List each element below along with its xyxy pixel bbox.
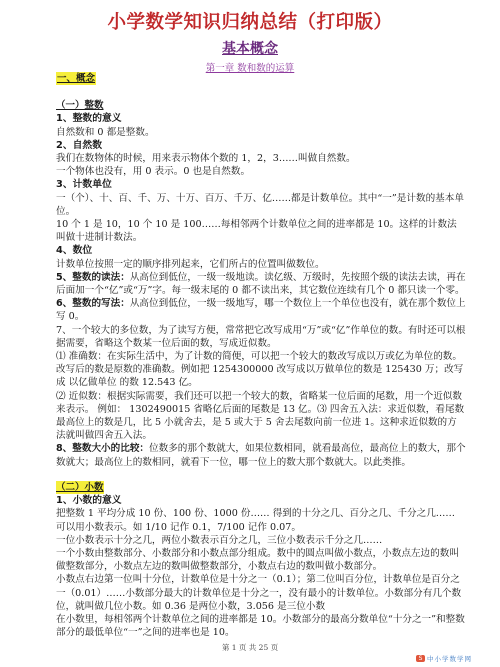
paragraph-rewrite: 7、一个较大的多位数，为了读写方便，常常把它改写成用“万”或“亿”作单位的数。有… <box>56 324 466 350</box>
item-title: 4、数位 <box>56 244 466 257</box>
document-title: 小学数学知识归纳总结（打印版） <box>0 8 500 34</box>
item-title: 1、整数的意义 <box>56 112 466 125</box>
lead-text: 8、整数大小的比较： <box>56 443 149 454</box>
watermark-text: 中小学数学网 <box>427 654 472 663</box>
paragraph: 10 个 1 是 10，10 个 10 是 100……每相邻两个计数单位之间的进… <box>56 218 466 244</box>
watermark: S 中小学数学网 <box>416 654 472 663</box>
item-title: 1、小数的意义 <box>56 494 466 507</box>
page-number: 第 1 页 共 25 页 <box>0 642 500 653</box>
part-heading-integers: （一）整数 <box>56 99 466 112</box>
paragraph: 在小数里，每相邻两个计数单位之间的进率都是 10。小数部分的最高分数单位“十分之… <box>56 613 466 639</box>
paragraph-reading-rule: 5、整数的读法：从高位到低位，一级一级地读。读亿级、万级时，先按照个级的读法去读… <box>56 271 466 297</box>
item-title: 3、计数单位 <box>56 178 466 191</box>
paragraph-exact-number: ⑴ 准确数：在实际生活中，为了计数的简便，可以把一个较大的数改写成以万或亿为单位… <box>56 350 466 390</box>
paragraph-approximate-number: ⑵ 近似数：根据实际需要，我们还可以把一个较大的数，省略某一位后面的尾数，用一个… <box>56 390 466 443</box>
watermark-logo-icon: S <box>416 655 425 662</box>
paragraph: 计数单位按照一定的顺序排列起来，它们所占的位置叫做数位。 <box>56 258 466 271</box>
lead-text: 5、整数的读法： <box>56 272 130 283</box>
paragraph: 一位小数表示十分之几，两位小数表示百分之几，三位小数表示千分之几…… <box>56 534 466 547</box>
paragraph: 一个物体也没有，用 0 表示。0 也是自然数。 <box>56 165 466 178</box>
document-page: 小学数学知识归纳总结（打印版） 基本概念 第一章 数和数的运算 一、概念 （一）… <box>0 0 500 667</box>
paragraph: 一（个）、十、百、千、万、十万、百万、千万、亿……都是计数单位。其中“一”是计数… <box>56 192 466 218</box>
section-heading: 一、概念 <box>56 72 96 85</box>
document-body: 一、概念 （一）整数 1、整数的意义 自然数和 0 都是整数。 2、自然数 我们… <box>56 72 466 639</box>
item-title: 2、自然数 <box>56 139 466 152</box>
lead-text: 6、整数的写法： <box>56 298 130 309</box>
paragraph: 小数点右边第一位叫十分位，计数单位是十分之一（0.1）；第二位叫百分位，计数单位… <box>56 573 466 613</box>
paragraph: 我们在数物体的时候，用来表示物体个数的 1，2，3……叫做自然数。 <box>56 152 466 165</box>
document-subtitle: 基本概念 <box>0 38 500 58</box>
paragraph: 把整数 1 平均分成 10 份、100 份、1000 份…… 得到的十分之几、百… <box>56 507 466 533</box>
part-heading-decimals: （二）小数 <box>56 481 104 494</box>
paragraph: 一个小数由整数部分、小数部分和小数点部分组成。数中的圆点叫做小数点，小数点左边的… <box>56 547 466 573</box>
paragraph: 自然数和 0 都是整数。 <box>56 126 466 139</box>
paragraph-writing-rule: 6、整数的写法：从高位到低位，一级一级地写，哪一个数位上一个单位也没有，就在那个… <box>56 297 466 323</box>
paragraph-comparison: 8、整数大小的比较：位数多的那个数就大，如果位数相同，就看最高位，最高位上的数大… <box>56 442 466 468</box>
